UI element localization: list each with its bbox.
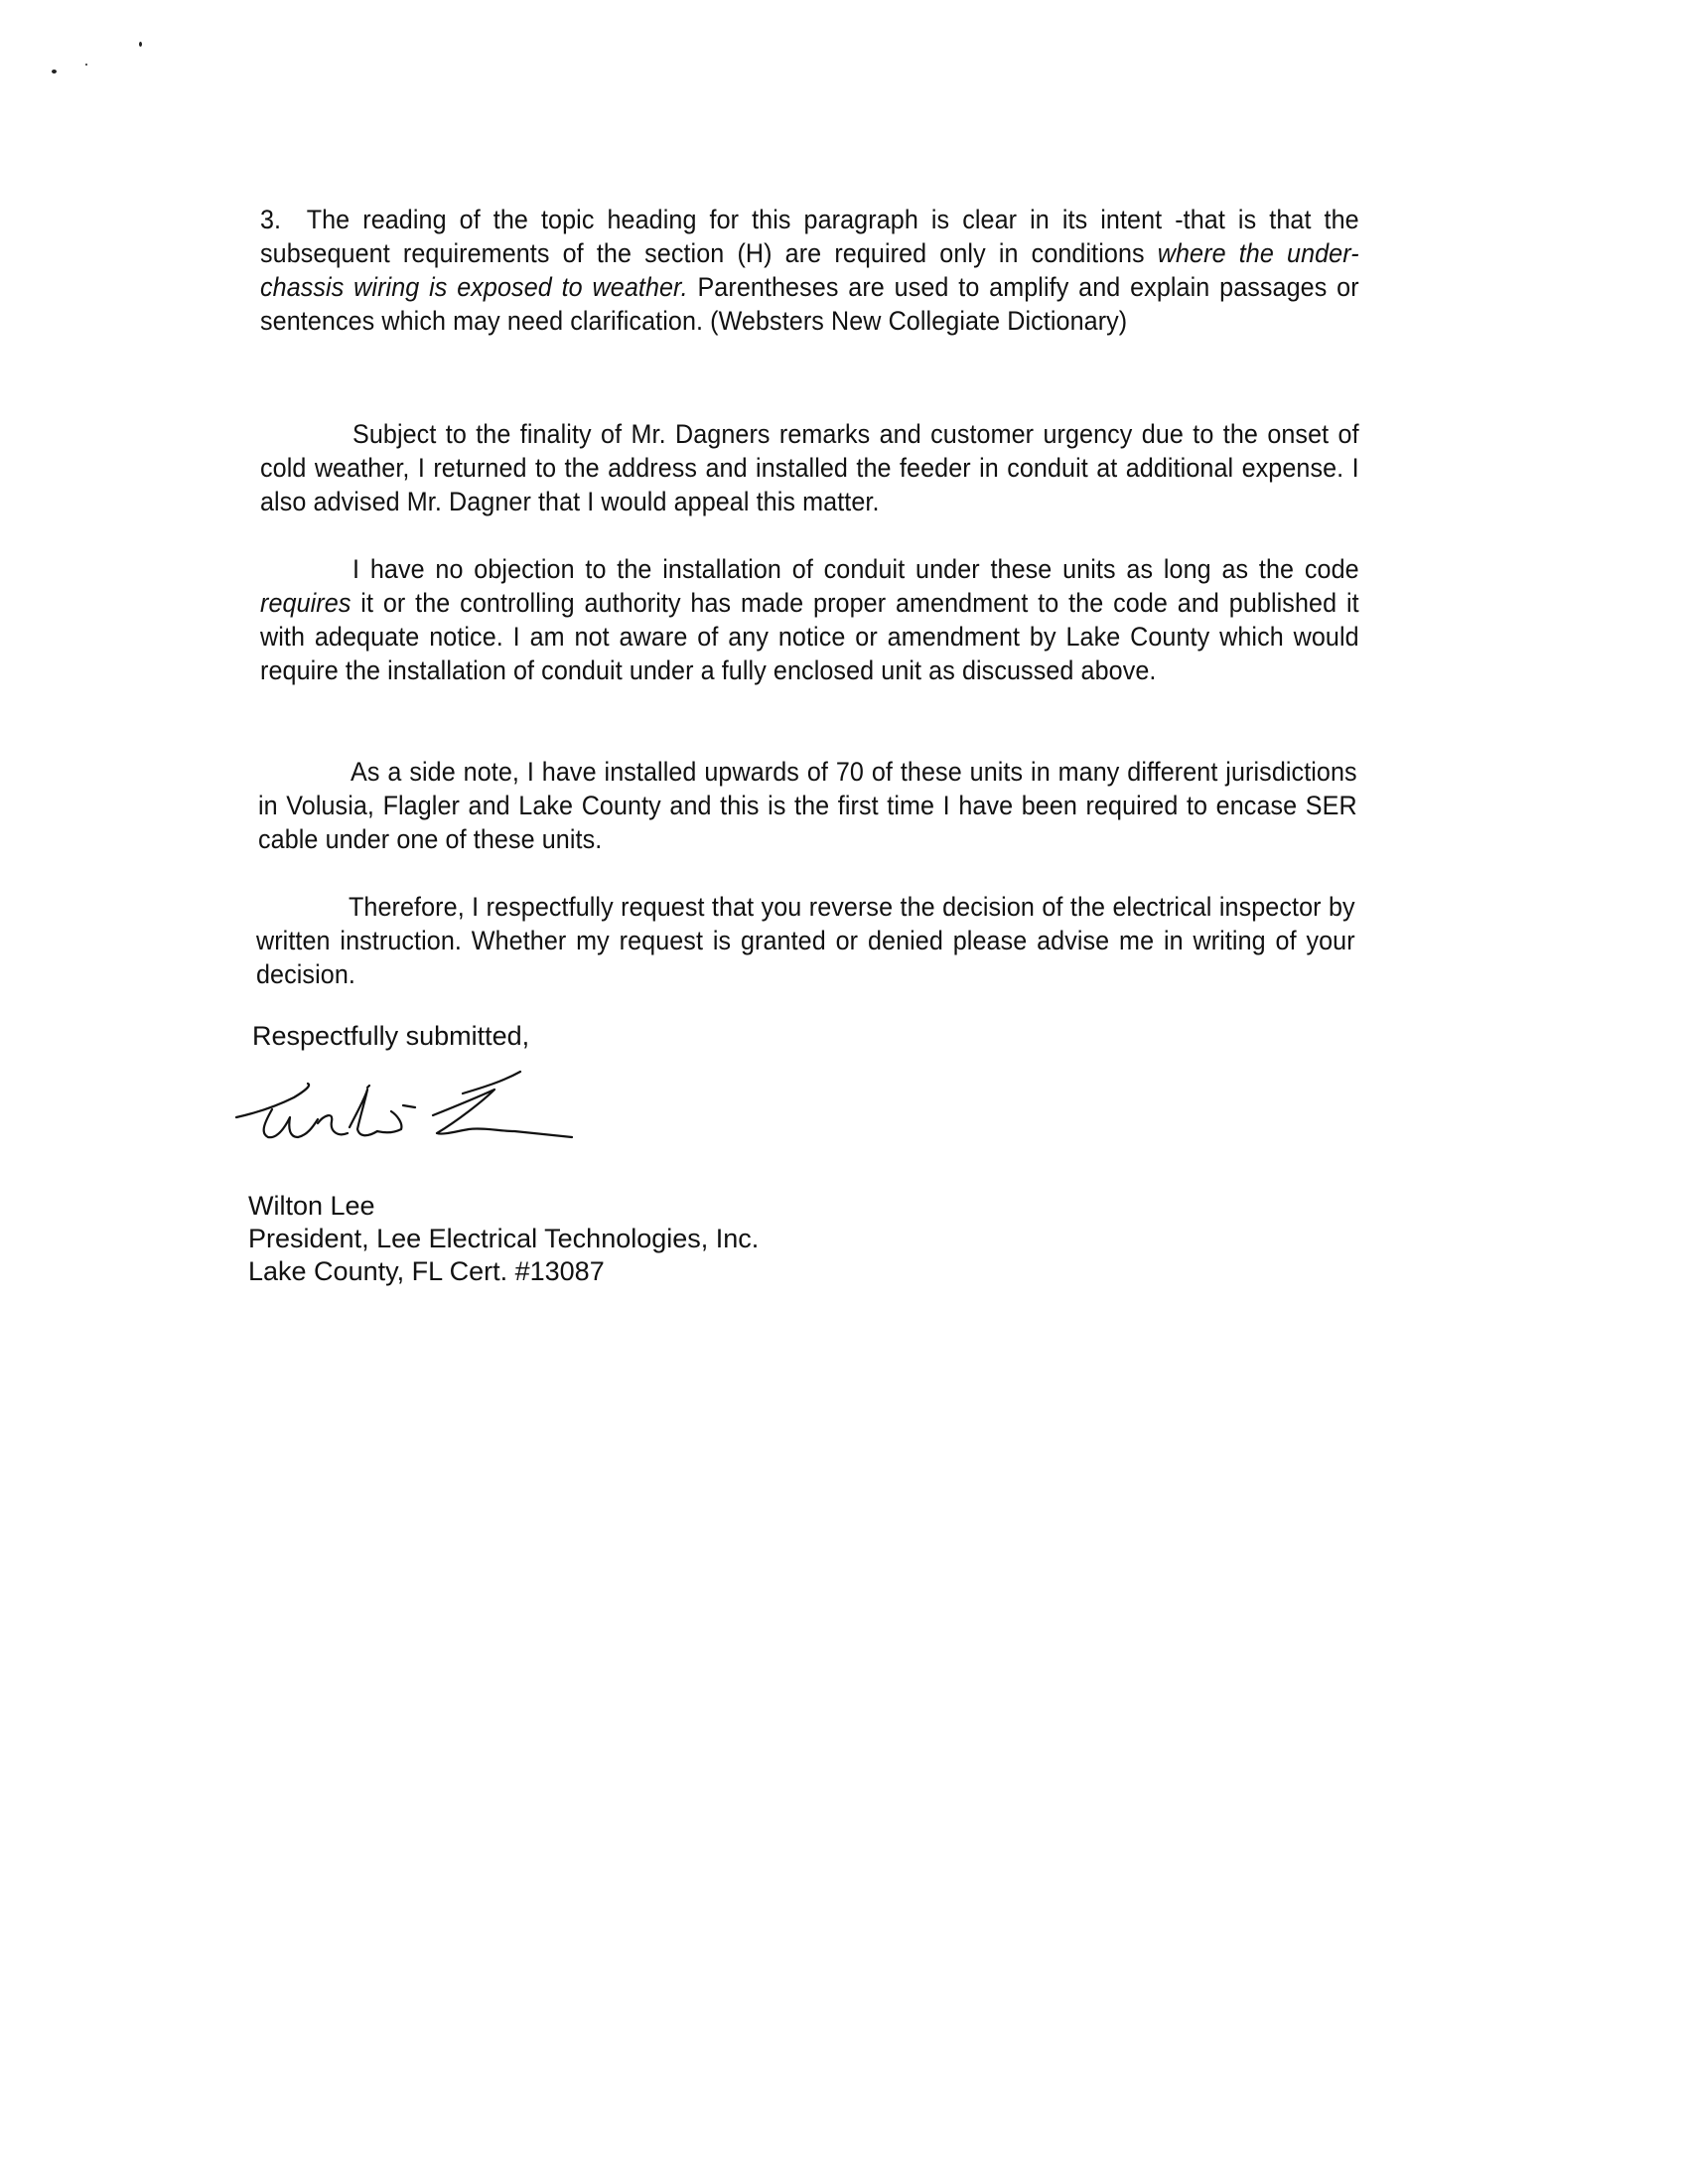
scan-speck (85, 64, 87, 66)
scan-speck (52, 70, 57, 73)
scan-speck (139, 42, 142, 47)
signer-title: President, Lee Electrical Technologies, … (248, 1223, 759, 1255)
paragraph-request: Therefore, I respectfully request that y… (256, 890, 1355, 991)
paragraph-objection: I have no objection to the installation … (260, 552, 1359, 687)
handwritten-signature (234, 1068, 671, 1157)
paragraph-3: 3. The reading of the topic heading for … (260, 203, 1359, 338)
signer-certification: Lake County, FL Cert. #13087 (248, 1255, 759, 1288)
signature-block: Wilton Lee President, Lee Electrical Tec… (248, 1190, 759, 1288)
paragraph-finality: Subject to the finality of Mr. Dagners r… (260, 417, 1359, 518)
letter-page: 3. The reading of the topic heading for … (0, 0, 1688, 2184)
closing-salutation: Respectfully submitted, (252, 1019, 529, 1053)
paragraph-3-text: 3. The reading of the topic heading for … (260, 203, 1359, 338)
signer-name: Wilton Lee (248, 1190, 759, 1223)
paragraph-side-note: As a side note, I have installed upwards… (258, 755, 1357, 856)
paragraph-number: 3. (260, 205, 281, 234)
